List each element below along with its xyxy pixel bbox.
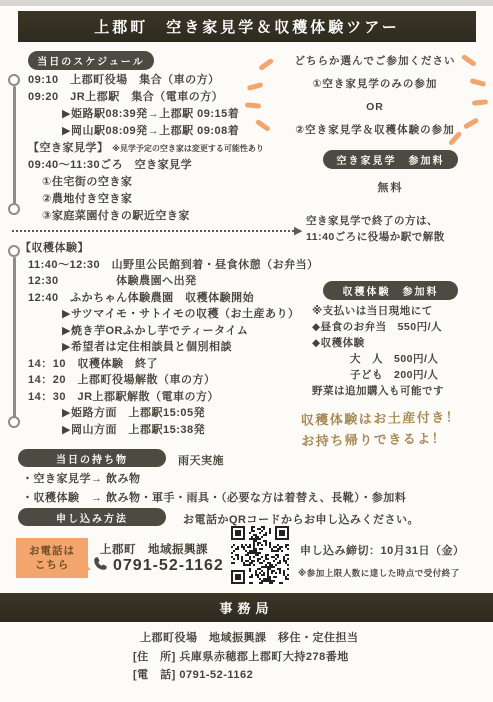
apply-deadline: 申し込み締切：10月31日（金） (300, 542, 464, 558)
schedule-line: ▶姫路駅08:39発→上郡駅 09:15着 (62, 106, 264, 123)
schedule-line: ①住宅街の空き家 (42, 174, 264, 191)
akiya-dismissal-note: 空き家見学で終了の方は、 11:40ごろに役場か駅で解散 (306, 213, 445, 245)
schedule-line: ▶姫路方面 上郡駅15:05発 (62, 405, 319, 422)
schedule-line: 12:40 ふかちゃん体験農園 収穫体験開始 (28, 290, 319, 307)
akiya-note-line: 11:40ごろに役場か駅で解散 (306, 229, 445, 245)
akiya-section-label: 【空き家見学】 (28, 142, 109, 154)
phone-bubble: お電話は こちら (16, 538, 88, 578)
schedule-line: ③家庭菜園付きの駅近空き家 (42, 208, 264, 225)
phone-bubble-line: お電話は (29, 544, 75, 558)
schedule-line: 09:10 上郡町役場 集合（車の方） (28, 72, 264, 89)
phone-number-row: 0791-52-1162 (93, 556, 224, 576)
apply-department: 上郡町 地域振興課 (100, 541, 208, 557)
timeline-line (13, 86, 16, 204)
harvest-bento-fee: ◆昼食のお弁当 550円/人 (312, 319, 444, 335)
harvest-pay-note: ※支払いは当日現地にて (312, 303, 444, 319)
timeline-line (13, 257, 16, 417)
choice-or-label: OR (268, 100, 482, 114)
phone-number[interactable]: 0791-52-1162 (113, 557, 224, 575)
dotted-divider-arrow: ▶ (294, 224, 302, 237)
schedule-morning: 09:10 上郡町役場 集合（車の方） 09:20 JR上郡駅 集合（電車の方）… (28, 72, 264, 225)
flyer-page: 上郡町 空き家見学＆収穫体験ツアー 当日のスケジュール どちらか選んでご参加くだ… (0, 0, 493, 702)
schedule-line: ▶サツマイモ・サトイモの収穫（お土産あり） (62, 306, 319, 323)
harvest-extra-note: 野菜は追加購入も可能です (312, 383, 444, 399)
choice-option-2: ②空き家見学＆収穫体験の参加 (268, 123, 482, 137)
schedule-line: 09:40～11:30ごろ 空き家見学 (28, 157, 264, 174)
sparkle-dash (472, 99, 488, 105)
phone-icon (93, 556, 108, 576)
schedule-line: 14：20 上郡町役場解散（車の方） (28, 372, 319, 389)
timeline-dot (8, 416, 20, 428)
akiya-fee-free: 無料 (323, 179, 458, 195)
belongings-line-1: ・空き家見学→ 飲み物 (22, 470, 141, 486)
handwritten-line: お持ち帰りできるよ！ (301, 427, 461, 451)
apply-deadline-note: ※参加上限人数に達した時点で受付終了 (298, 567, 460, 579)
timeline-dot (8, 74, 20, 86)
apply-lead: お電話かQRコードからお申し込みください。 (183, 511, 419, 527)
akiya-note-line: 空き家見学で終了の方は、 (306, 213, 445, 229)
choice-option-1: ①空き家見学のみの参加 (268, 77, 482, 91)
scan-edge-strip (0, 0, 493, 6)
apply-badge: 申し込み方法 (18, 508, 166, 526)
secretariat-info: 上郡町役場 地域振興課 移住・定住担当 [住 所] 兵庫県赤穂郡上郡町大持278… (133, 629, 359, 685)
participation-choice: どちらか選んでご参加ください ①空き家見学のみの参加 OR ②空き家見学＆収穫体… (268, 54, 482, 146)
timeline-dot (8, 245, 20, 257)
choice-heading: どちらか選んでご参加ください (268, 54, 482, 68)
schedule-line: ▶希望者は定住相談員と個別相談 (62, 339, 319, 356)
schedule-line: ②農地付き空き家 (42, 191, 264, 208)
secretariat-phone: [電 話] 0791-52-1162 (133, 666, 359, 685)
harvest-section-label: 【収穫体験】 (20, 240, 319, 257)
rain-notice: 雨天実施 (178, 452, 224, 468)
dotted-divider (12, 230, 294, 232)
belongings-line-2: ・収穫体験 → 飲み物・軍手・雨具・（必要な方は着替え、長靴）・参加料 (22, 489, 406, 505)
phone-bubble-line: こちら (35, 558, 70, 572)
harvest-child-fee: 子ども 200円/人 (350, 367, 444, 383)
harvest-adult-fee: 大 人 500円/人 (350, 351, 444, 367)
timeline-dot (8, 203, 20, 215)
schedule-line: ▶岡山駅08:09発→上郡駅 09:08着 (62, 123, 264, 140)
schedule-harvest: 【収穫体験】 11:40～12:30 山野里公民館到着・昼食休憩（お弁当） 12… (28, 240, 319, 438)
qr-code (231, 526, 289, 584)
harvest-fee-label: ◆収穫体験 (312, 335, 444, 351)
schedule-line: 14：10 収穫体験 終了 (28, 356, 319, 373)
akiya-section-note: ※見学予定の空き家は変更する可能性あり (112, 144, 264, 153)
schedule-line: ▶岡山方面 上郡駅15:38発 (62, 422, 319, 439)
schedule-badge: 当日のスケジュール (28, 51, 154, 70)
harvest-fee-badge: 収穫体験 参加料 (323, 281, 458, 300)
schedule-line: 14：30 JR上郡駅解散（電車の方） (28, 389, 319, 406)
page-title: 上郡町 空き家見学＆収穫体験ツアー (18, 11, 476, 42)
secretariat-badge: 事務局 (0, 593, 493, 622)
handwritten-note: 収穫体験はお土産付き！ お持ち帰りできるよ！ (301, 406, 461, 451)
harvest-fee-details: ※支払いは当日現地にて ◆昼食のお弁当 550円/人 ◆収穫体験 大 人 500… (312, 303, 444, 399)
schedule-line: ▶焼き芋ORふかし芋でティータイム (62, 323, 319, 340)
secretariat-office: 上郡町役場 地域振興課 移住・定住担当 (140, 629, 359, 648)
schedule-line: 09:20 JR上郡駅 集合（電車の方） (28, 89, 264, 106)
schedule-line: 11:40～12:30 山野里公民館到着・昼食休憩（お弁当） (28, 257, 319, 274)
belongings-badge: 当日の持ち物 (18, 449, 166, 467)
schedule-line: 12:30 体験農園へ出発 (28, 273, 319, 290)
secretariat-address: [住 所] 兵庫県赤穂郡上郡町大持278番地 (133, 648, 359, 667)
akiya-fee-badge: 空き家見学 参加料 (323, 150, 458, 169)
